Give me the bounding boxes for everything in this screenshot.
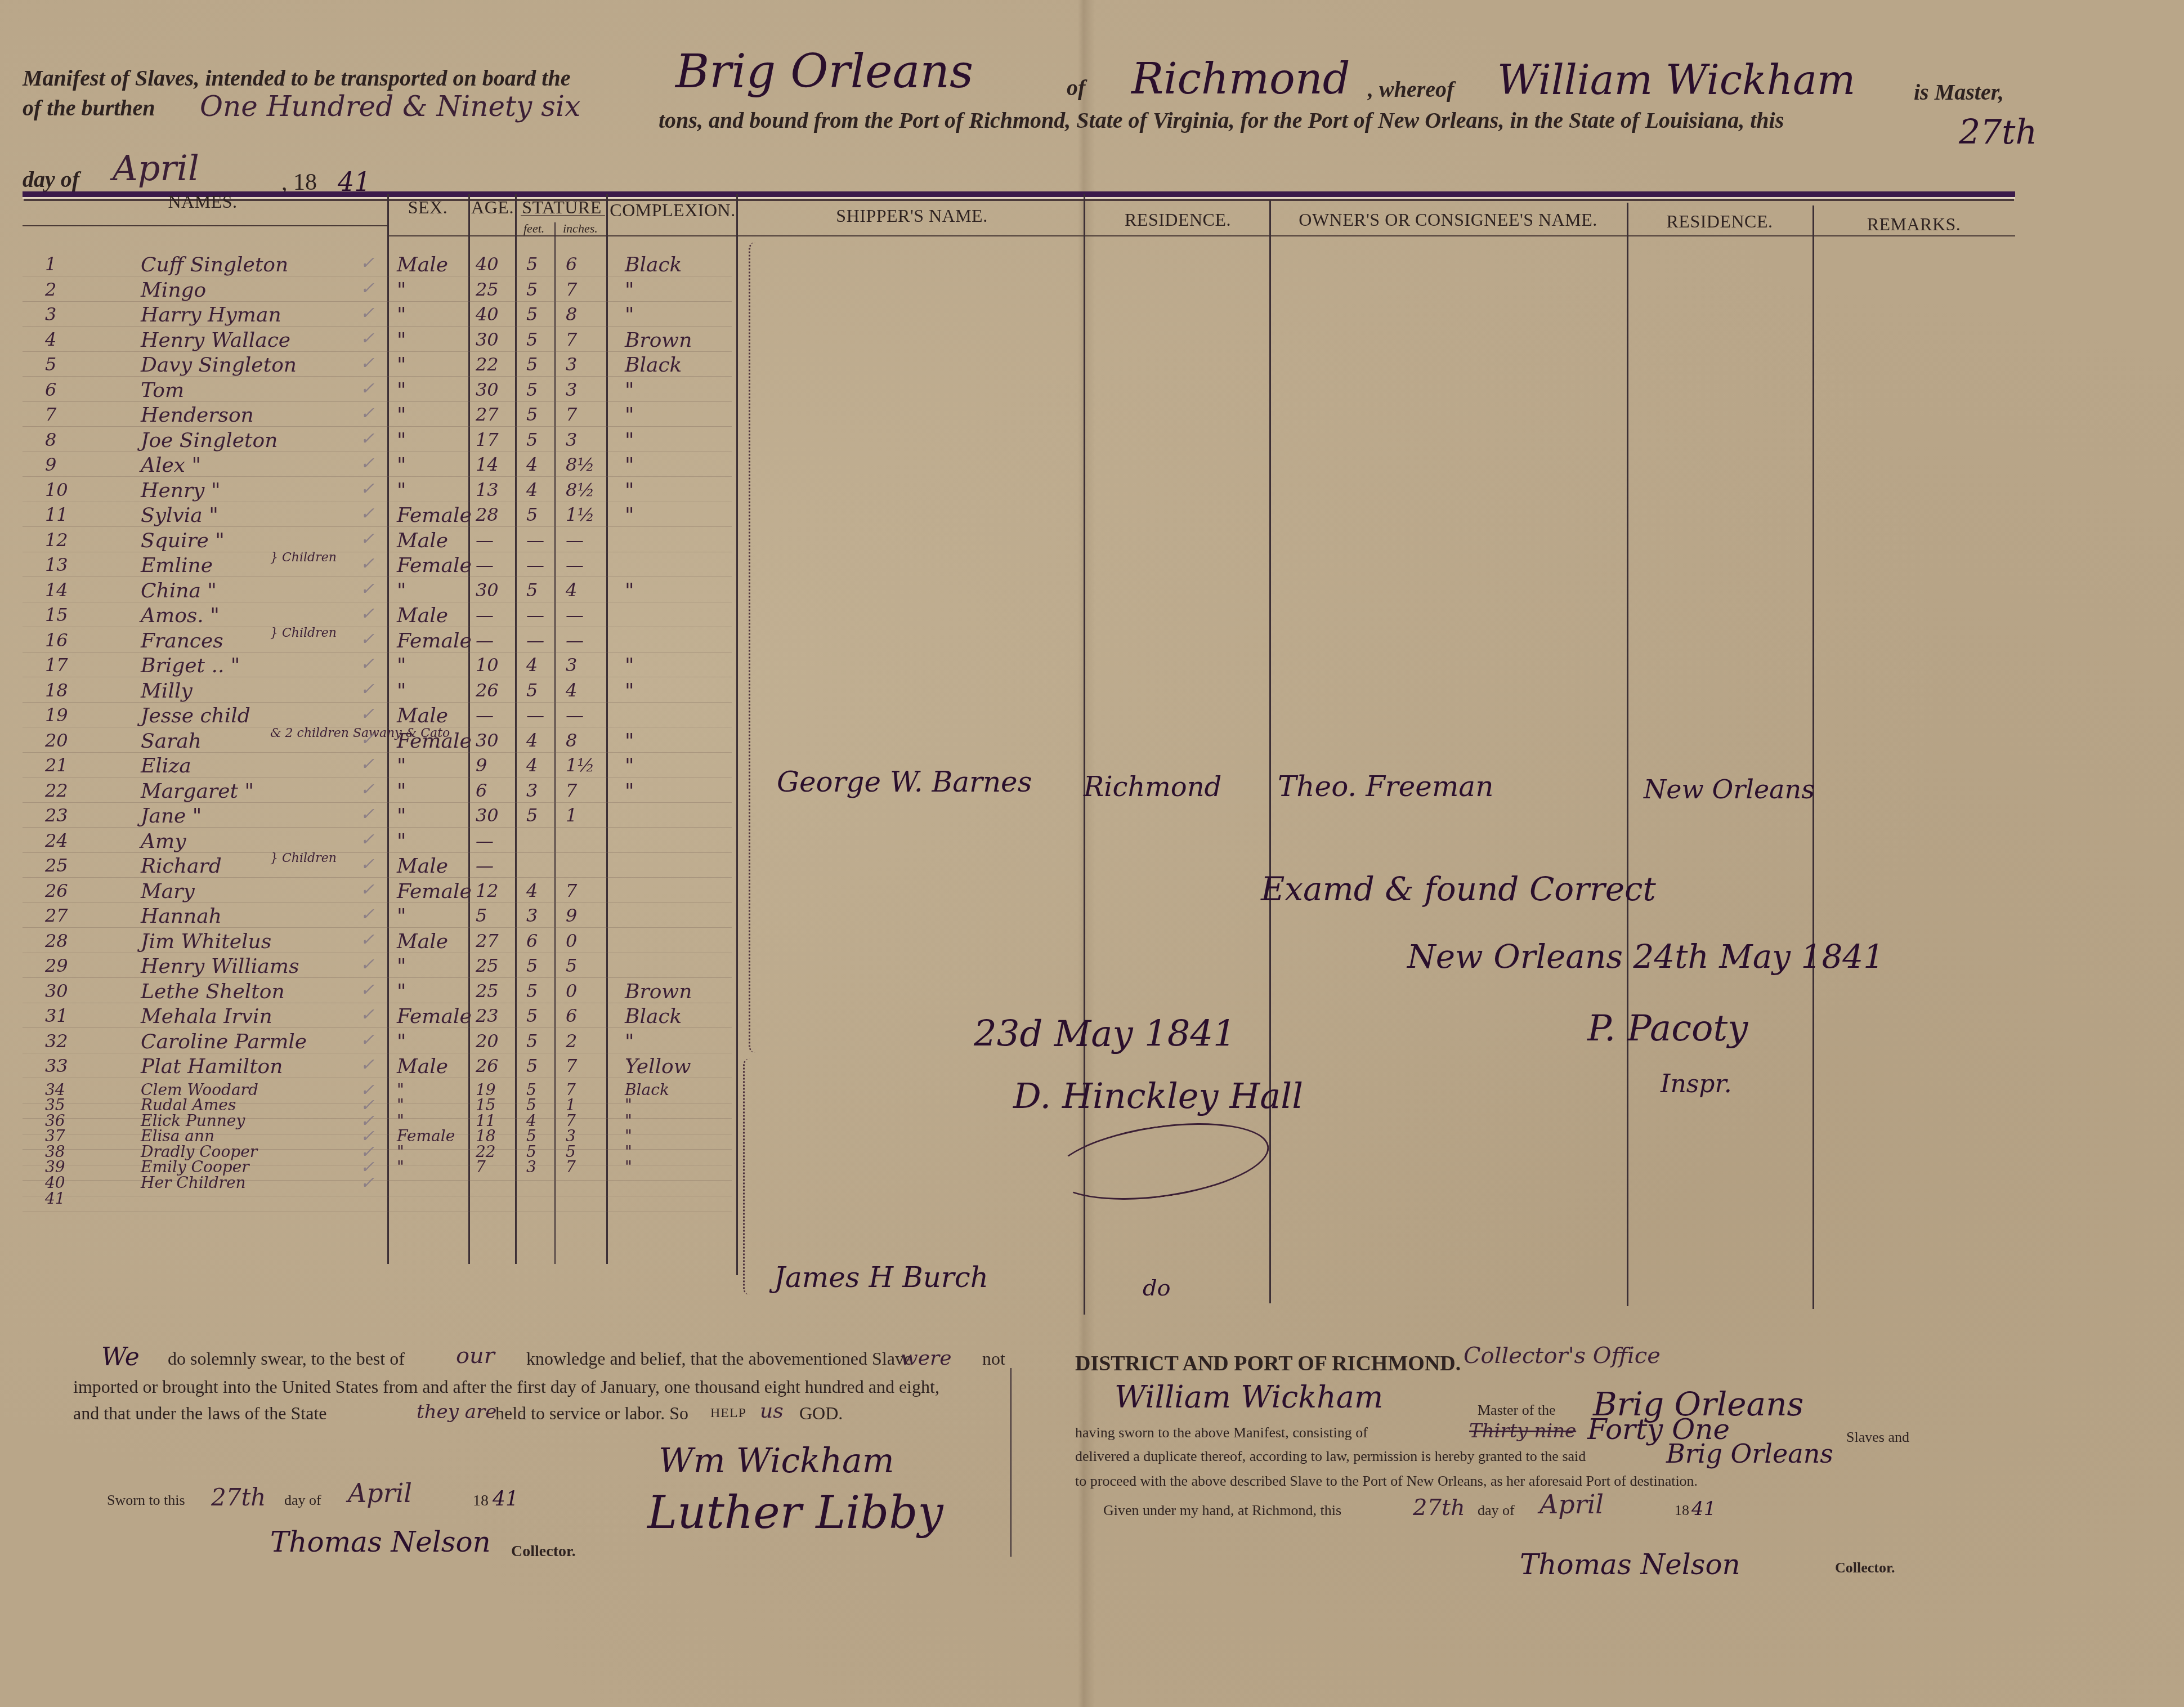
- row-number: 12: [45, 529, 68, 551]
- check-mark-icon: ✓: [360, 354, 374, 373]
- row-number: 28: [45, 930, 68, 951]
- check-mark-icon: ✓: [360, 754, 374, 774]
- feet-cell: 3: [526, 780, 538, 801]
- col-residence-2: RESIDENCE.: [1627, 211, 1812, 232]
- age-cell: 25: [476, 279, 499, 300]
- col-shipper: SHIPPER'S NAME.: [737, 205, 1086, 226]
- month-value: April: [113, 148, 199, 189]
- ruled-line: [23, 652, 732, 653]
- age-cell: 5: [476, 905, 487, 926]
- row-number: 17: [45, 654, 68, 676]
- feet-cell: 5: [526, 379, 538, 400]
- inches-cell: 7: [566, 880, 577, 901]
- feet-cell: 5: [526, 1030, 538, 1052]
- slave-name: Squire ": [141, 529, 225, 552]
- check-mark-icon: ✓: [360, 1173, 374, 1193]
- clearance-office: Collector's Office: [1464, 1343, 1661, 1369]
- inches-cell: 7: [566, 1158, 576, 1176]
- check-mark-icon: ✓: [360, 554, 374, 574]
- slave-name: Jesse child: [141, 704, 250, 727]
- inches-cell: 2: [566, 1030, 577, 1052]
- col-complexion: COMPLEXION.: [608, 200, 737, 221]
- sex-cell: ": [397, 780, 406, 803]
- clearance-collector-label: Collector.: [1835, 1559, 1895, 1576]
- row-number: 2: [45, 279, 56, 300]
- row-number: 18: [45, 680, 68, 701]
- given-year-printed: 18: [1675, 1502, 1689, 1519]
- slave-name: Sylvia ": [141, 504, 218, 527]
- check-mark-icon: ✓: [360, 329, 374, 348]
- inches-cell: 3: [566, 354, 577, 375]
- feet-cell: 5: [526, 429, 538, 450]
- sex-cell: ": [397, 579, 406, 602]
- of-label: of: [1067, 74, 1085, 101]
- row-number: 21: [45, 754, 68, 776]
- section-divider: [1010, 1368, 1012, 1557]
- clearance-collector-signature: Thomas Nelson: [1520, 1548, 1740, 1581]
- oath-were: were: [901, 1347, 952, 1370]
- check-mark-icon: ✓: [360, 629, 374, 649]
- sex-cell: ": [397, 1030, 406, 1053]
- inches-cell: 7: [566, 279, 577, 300]
- feet-cell: 5: [526, 303, 538, 325]
- clearance-heading: DISTRICT AND PORT OF RICHMOND.: [1075, 1351, 1461, 1376]
- feet-cell: —: [526, 554, 544, 575]
- slave-name: Mary: [141, 880, 195, 903]
- vessel-name: Brig Orleans: [675, 45, 973, 99]
- ruled-line: [23, 953, 732, 953]
- slave-name: Lethe Shelton: [141, 980, 285, 1003]
- complexion-cell: ": [625, 504, 634, 527]
- day-of-label: day of: [23, 166, 79, 193]
- check-mark-icon: ✓: [360, 880, 374, 900]
- sworn-day: 27th: [211, 1483, 266, 1511]
- age-cell: —: [476, 554, 494, 575]
- having-sworn-text: having sworn to the above Manifest, cons…: [1075, 1424, 1368, 1441]
- feet-cell: 5: [526, 404, 538, 425]
- age-cell: —: [476, 704, 494, 726]
- complexion-cell: ": [625, 454, 634, 477]
- slave-name: Sarah: [141, 730, 202, 753]
- inches-cell: —: [566, 604, 584, 625]
- col-divider-complexion: [606, 194, 608, 1264]
- oath-line-3a: and that under the laws of the State: [73, 1403, 327, 1424]
- stature-subrule: [521, 215, 605, 216]
- age-cell: 26: [476, 1055, 499, 1076]
- row-number: 32: [45, 1030, 68, 1052]
- sex-cell: Female: [397, 1005, 472, 1028]
- header-title: Manifest of Slaves, intended to be trans…: [23, 65, 570, 91]
- col-names: NAMES.: [23, 191, 383, 212]
- inspector-signature: P. Pacoty: [1587, 1008, 1748, 1049]
- given-text: Given under my hand, at Richmond, this: [1103, 1502, 1341, 1519]
- delivered-text: delivered a duplicate thereof, according…: [1075, 1448, 1586, 1465]
- inches-cell: 9: [566, 905, 577, 926]
- complexion-cell: ": [625, 404, 634, 427]
- ruled-line: [23, 577, 732, 577]
- col-divider-inches: [554, 222, 556, 1264]
- feet-cell: 3: [526, 1158, 536, 1176]
- slave-name: Her Children: [141, 1173, 246, 1192]
- row-number: 1: [45, 253, 56, 275]
- check-mark-icon: ✓: [360, 855, 374, 874]
- ruled-line: [23, 877, 732, 878]
- oath-line-1c: not: [982, 1348, 1005, 1369]
- row-number: 24: [45, 830, 68, 851]
- inches-cell: 1½: [566, 504, 594, 525]
- feet-cell: 5: [526, 980, 538, 1002]
- row-number: 41: [45, 1189, 65, 1208]
- feet-cell: 5: [526, 504, 538, 525]
- inches-cell: 5: [566, 955, 577, 976]
- age-cell: 10: [476, 654, 499, 676]
- row-number: 13: [45, 554, 68, 575]
- row-number: 29: [45, 955, 68, 976]
- age-cell: —: [476, 529, 494, 551]
- oath-us: us: [760, 1400, 784, 1423]
- oath-line-3b: held to service or labor. So: [495, 1403, 688, 1424]
- owner-name: Theo. Freeman: [1278, 770, 1493, 803]
- slave-name: Henry Williams: [141, 955, 299, 978]
- col-divider-age: [468, 194, 470, 1264]
- inches-cell: 1: [566, 805, 577, 826]
- slave-name: Richard: [141, 855, 222, 878]
- feet-cell: 5: [526, 279, 538, 300]
- oath-our: our: [456, 1343, 495, 1369]
- sex-cell: Male: [397, 1055, 448, 1078]
- row-number: 6: [45, 379, 56, 400]
- owner-residence: New Orleans: [1644, 774, 1815, 805]
- shipper-residence: do: [1143, 1275, 1171, 1301]
- oath-help: HELP: [710, 1406, 746, 1421]
- sworn-prefix: Sworn to this: [107, 1492, 185, 1509]
- row-number: 9: [45, 454, 56, 475]
- col-sex: SEX.: [388, 197, 467, 218]
- check-mark-icon: ✓: [360, 680, 374, 699]
- col-inches: inches.: [563, 221, 598, 236]
- sworn-year-printed: 18: [473, 1492, 489, 1510]
- check-mark-icon: ✓: [360, 805, 374, 824]
- feet-cell: 5: [526, 1005, 538, 1026]
- complexion-cell: ": [625, 730, 634, 753]
- complexion-cell: Black: [625, 253, 682, 276]
- sex-cell: ": [397, 654, 406, 677]
- row-number: 25: [45, 855, 68, 876]
- complexion-cell: ": [625, 303, 634, 327]
- check-mark-icon: ✓: [360, 504, 374, 524]
- age-cell: 30: [476, 379, 499, 400]
- master-name: William Wickham: [1497, 56, 1855, 104]
- check-mark-icon: ✓: [360, 780, 374, 799]
- sex-cell: Male: [397, 529, 448, 552]
- row-note: } Children: [270, 851, 337, 865]
- slave-name: Jim Whitelus: [141, 930, 271, 953]
- sex-cell: ": [397, 830, 406, 853]
- feet-cell: 6: [526, 930, 538, 951]
- row-number: 31: [45, 1005, 68, 1026]
- slave-name: Caroline Parmle: [141, 1030, 307, 1053]
- slave-name: China ": [141, 579, 217, 602]
- inches-cell: 1½: [566, 754, 594, 776]
- burthen-label: of the burthen: [23, 95, 155, 121]
- feet-cell: 4: [526, 454, 538, 475]
- inches-cell: —: [566, 554, 584, 575]
- feet-cell: 5: [526, 955, 538, 976]
- age-cell: 28: [476, 504, 499, 525]
- check-mark-icon: ✓: [360, 429, 374, 449]
- feet-cell: 5: [526, 805, 538, 826]
- check-mark-icon: ✓: [360, 905, 374, 924]
- shipper-residence: Richmond: [1084, 771, 1221, 803]
- ruled-line: [23, 627, 732, 627]
- burthen-value: One Hundred & Ninety six: [200, 90, 580, 123]
- sex-cell: ": [397, 429, 406, 452]
- complexion-cell: ": [625, 429, 634, 452]
- sex-cell: ": [397, 329, 406, 352]
- feet-cell: —: [526, 604, 544, 625]
- sworn-month: April: [348, 1478, 412, 1508]
- feet-cell: —: [526, 629, 544, 651]
- inches-cell: 8½: [566, 479, 594, 501]
- ruled-line: [23, 1212, 732, 1212]
- age-cell: 14: [476, 454, 499, 475]
- inches-cell: 7: [566, 404, 577, 425]
- row-number: 14: [45, 579, 68, 601]
- slave-name: Joe Singleton: [141, 429, 278, 452]
- age-cell: —: [476, 830, 494, 851]
- slave-name: Henry ": [141, 479, 220, 502]
- sex-cell: ": [397, 454, 406, 477]
- row-number: 4: [45, 329, 56, 350]
- col-age: AGE.: [467, 197, 518, 218]
- complexion-cell: ": [625, 579, 634, 602]
- clearance-master-name: William Wickham: [1115, 1379, 1383, 1415]
- row-number: 23: [45, 805, 68, 826]
- sworn-year-hand: 41: [493, 1487, 518, 1511]
- row-number: 20: [45, 730, 68, 751]
- age-cell: 12: [476, 880, 499, 901]
- check-mark-icon: ✓: [360, 1005, 374, 1025]
- sex-cell: ": [397, 1158, 404, 1176]
- complexion-cell: ": [625, 279, 634, 302]
- home-port: Richmond: [1131, 53, 1350, 104]
- age-cell: 20: [476, 1030, 499, 1052]
- check-mark-icon: ✓: [360, 1055, 374, 1075]
- sex-cell: Male: [397, 704, 448, 727]
- check-mark-icon: ✓: [360, 830, 374, 850]
- age-cell: 9: [476, 754, 487, 776]
- complexion-cell: ": [625, 680, 634, 703]
- hall-signature: D. Hinckley Hall: [1013, 1075, 1303, 1116]
- age-cell: 23: [476, 1005, 499, 1026]
- proceed-text: to proceed with the above described Slav…: [1075, 1473, 1698, 1490]
- feet-cell: 5: [526, 253, 538, 275]
- age-cell: 25: [476, 980, 499, 1002]
- inches-cell: —: [566, 529, 584, 551]
- check-mark-icon: ✓: [360, 730, 374, 749]
- feet-cell: 5: [526, 354, 538, 375]
- row-number: 10: [45, 479, 68, 501]
- shipper-name: James H Burch: [774, 1261, 988, 1294]
- col-divider-residence2: [1627, 203, 1628, 1306]
- master-signature: Wm Wickham: [659, 1441, 894, 1481]
- inches-cell: 8: [566, 303, 577, 325]
- age-cell: —: [476, 629, 494, 651]
- collector-label: Collector.: [511, 1543, 576, 1561]
- age-cell: 30: [476, 805, 499, 826]
- day-value: 27th: [1959, 113, 2037, 152]
- shipper-brace-barnes: [749, 242, 764, 1053]
- inches-cell: 7: [566, 329, 577, 350]
- age-cell: —: [476, 855, 494, 876]
- complexion-cell: ": [625, 379, 634, 402]
- age-cell: 30: [476, 579, 499, 601]
- inches-cell: 0: [566, 930, 577, 951]
- age-cell: 40: [476, 253, 499, 275]
- sex-cell: Male: [397, 253, 448, 276]
- ruled-line: [23, 1180, 732, 1181]
- feet-cell: 5: [526, 680, 538, 701]
- col-remarks: REMARKS.: [1812, 214, 2015, 235]
- master-of-label: Master of the: [1478, 1402, 1556, 1419]
- arrival-date: 23d May 1841: [974, 1013, 1236, 1055]
- feet-cell: 5: [526, 329, 538, 350]
- sex-cell: Male: [397, 930, 448, 953]
- signature-flourish: [1049, 1111, 1274, 1212]
- complexion-cell: ": [625, 479, 634, 502]
- row-number: 16: [45, 629, 68, 651]
- row-number: 19: [45, 704, 68, 726]
- shipper-brace-burch: [743, 1058, 758, 1295]
- complexion-cell: Black: [625, 1005, 682, 1028]
- slave-name: Mehala Irvin: [141, 1005, 272, 1028]
- row-note: } Children: [270, 551, 337, 565]
- slave-name: Briget .. ": [141, 654, 240, 677]
- slave-name: Davy Singleton: [141, 354, 297, 377]
- slave-name: Cuff Singleton: [141, 253, 288, 276]
- sex-cell: ": [397, 980, 406, 1003]
- slave-name: Harry Hyman: [141, 303, 281, 327]
- check-mark-icon: ✓: [360, 303, 374, 323]
- examined-place-date: New Orleans 24th May 1841: [1407, 937, 1884, 976]
- check-mark-icon: ✓: [360, 279, 374, 298]
- feet-cell: 4: [526, 754, 538, 776]
- row-number: 26: [45, 880, 68, 901]
- slave-name: Alex ": [141, 454, 201, 477]
- check-mark-icon: ✓: [360, 980, 374, 1000]
- age-cell: 30: [476, 730, 499, 751]
- sex-cell: Female: [397, 504, 472, 527]
- clearance-vessel-2: Brig Orleans: [1666, 1438, 1833, 1469]
- row-number: 8: [45, 429, 56, 450]
- ruled-line: [23, 852, 732, 853]
- row-number: 33: [45, 1055, 68, 1076]
- feet-cell: 4: [526, 479, 538, 501]
- check-mark-icon: ✓: [360, 404, 374, 423]
- slave-name: Mingo: [141, 279, 206, 302]
- row-number: 30: [45, 980, 68, 1002]
- check-mark-icon: ✓: [360, 930, 374, 950]
- inches-cell: 6: [566, 1005, 577, 1026]
- check-mark-icon: ✓: [360, 579, 374, 599]
- slave-name: Milly: [141, 680, 193, 703]
- sworn-dayof: day of: [284, 1492, 321, 1509]
- feet-cell: 4: [526, 880, 538, 901]
- ruled-line: [23, 1196, 732, 1196]
- sex-cell: ": [397, 479, 406, 502]
- inches-cell: 6: [566, 253, 577, 275]
- complexion-cell: ": [625, 780, 634, 803]
- count-struck: Thirty nine: [1469, 1420, 1576, 1442]
- inches-cell: 8: [566, 730, 577, 751]
- age-cell: 27: [476, 930, 499, 951]
- slave-name: Frances: [141, 629, 223, 653]
- col-feet: feet.: [523, 221, 544, 236]
- age-cell: 30: [476, 329, 499, 350]
- feet-cell: 4: [526, 654, 538, 676]
- complexion-cell: Brown: [625, 329, 692, 352]
- sex-cell: Female: [397, 629, 472, 653]
- inches-cell: 3: [566, 379, 577, 400]
- col-residence-1: RESIDENCE.: [1086, 209, 1269, 230]
- sex-cell: ": [397, 379, 406, 402]
- inspector-title: Inspr.: [1661, 1070, 1732, 1098]
- inches-cell: 7: [566, 1055, 577, 1076]
- oath-we: We: [101, 1343, 140, 1371]
- slave-name: Hannah: [141, 905, 222, 928]
- sex-cell: ": [397, 905, 406, 928]
- slave-name: Plat Hamilton: [141, 1055, 283, 1078]
- is-master-label: is Master,: [1914, 79, 2004, 105]
- slaves-and-label: Slaves and: [1846, 1429, 1909, 1446]
- slave-name: Margaret ": [141, 780, 254, 803]
- slave-name: Eliza: [141, 754, 191, 777]
- feet-cell: 5: [526, 579, 538, 601]
- complexion-cell: ": [625, 1030, 634, 1053]
- examined-note: Examd & found Correct: [1261, 870, 1656, 908]
- sex-cell: Female: [397, 554, 472, 577]
- check-mark-icon: ✓: [360, 654, 374, 674]
- col-divider-shipper: [736, 194, 738, 1275]
- complexion-cell: Brown: [625, 980, 692, 1003]
- feet-cell: —: [526, 704, 544, 726]
- age-cell: 40: [476, 303, 499, 325]
- slave-name: Amos. ": [141, 604, 220, 627]
- ruled-line: [23, 827, 732, 828]
- col-divider-remarks: [1812, 205, 1814, 1309]
- row-number: 27: [45, 905, 68, 926]
- slave-name: Henderson: [141, 404, 254, 427]
- row-number: 15: [45, 604, 68, 625]
- feet-cell: 3: [526, 905, 538, 926]
- ruled-line: [23, 902, 732, 903]
- inches-cell: —: [566, 629, 584, 651]
- row-number: 5: [45, 354, 56, 375]
- sex-cell: ": [397, 754, 406, 777]
- ruled-line: [23, 552, 732, 552]
- sex-cell: Male: [397, 855, 448, 878]
- complexion-cell: ": [625, 1158, 632, 1176]
- oath-god: GOD.: [799, 1403, 843, 1424]
- table-header-rule: [388, 235, 2015, 236]
- sex-cell: ": [397, 303, 406, 327]
- shipper-name: George W. Barnes: [777, 766, 1032, 798]
- route-text: tons, and bound from the Port of Richmon…: [659, 107, 1784, 133]
- row-number: 11: [45, 504, 68, 525]
- sex-cell: ": [397, 680, 406, 703]
- sex-cell: ": [397, 955, 406, 978]
- age-cell: 27: [476, 404, 499, 425]
